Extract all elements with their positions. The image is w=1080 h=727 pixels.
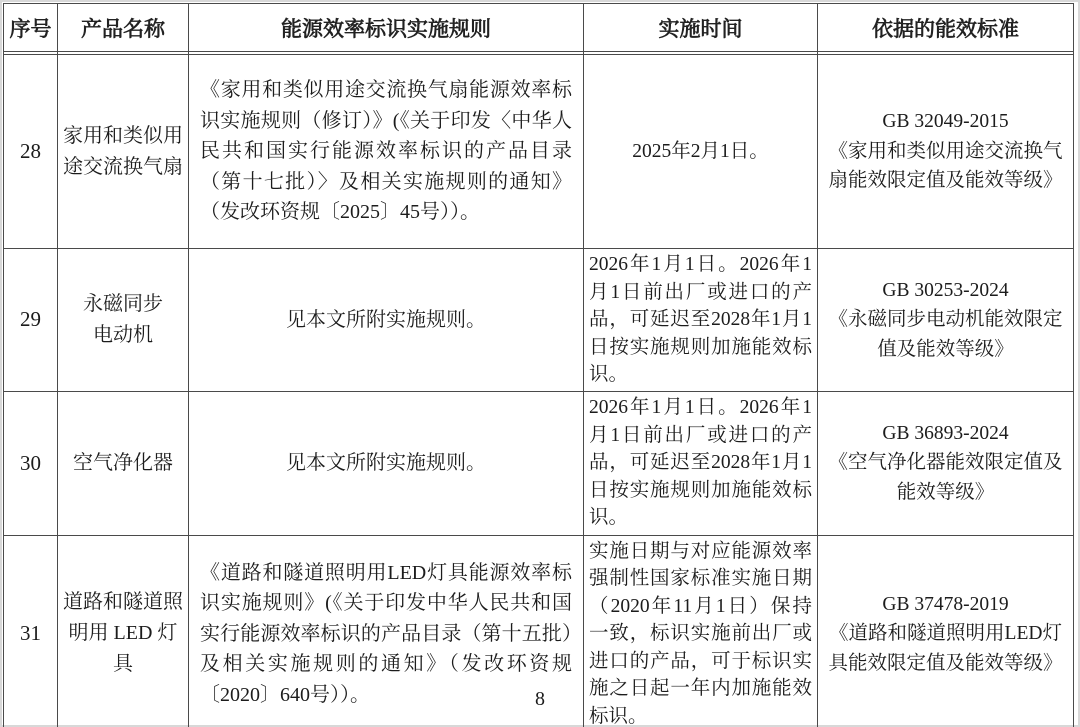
table-row: 28 家用和类似用 途交流换气扇 《家用和类似用途交流换气扇能源效率标识实施规则… [4, 55, 1074, 249]
cell-rule: 《家用和类似用途交流换气扇能源效率标识实施规则（修订）》(《关于印发〈中华人民共… [189, 55, 584, 249]
standard-code: GB 32049-2015 [824, 107, 1067, 137]
standard-name: 《家用和类似用途交流换气扇能效限定值及能效等级》 [824, 137, 1067, 196]
table-row: 29 永磁同步 电动机 见本文所附实施规则。 2026年1月1日。2026年1月… [4, 249, 1074, 392]
table-header-row: 序号 产品名称 能源效率标识实施规则 实施时间 依据的能效标准 [4, 4, 1074, 52]
energy-efficiency-table: 序号 产品名称 能源效率标识实施规则 实施时间 依据的能效标准 28 家用和类似… [3, 3, 1074, 727]
header-standard: 依据的能效标准 [818, 4, 1074, 52]
header-product: 产品名称 [58, 4, 189, 52]
standard-name: 《道路和隧道照明用LED灯具能效限定值及能效等级》 [824, 619, 1067, 678]
standard-name: 《空气净化器能效限定值及能效等级》 [824, 448, 1067, 507]
cell-standard: GB 32049-2015 《家用和类似用途交流换气扇能效限定值及能效等级》 [818, 55, 1074, 249]
cell-serial: 28 [4, 55, 58, 249]
cell-standard: GB 30253-2024 《永磁同步电动机能效限定值及能效等级》 [818, 249, 1074, 392]
header-time: 实施时间 [584, 4, 818, 52]
document-page: 序号 产品名称 能源效率标识实施规则 实施时间 依据的能效标准 28 家用和类似… [0, 0, 1080, 727]
cell-standard: GB 36893-2024 《空气净化器能效限定值及能效等级》 [818, 391, 1074, 535]
standard-code: GB 37478-2019 [824, 590, 1067, 620]
cell-product: 永磁同步 电动机 [58, 249, 189, 392]
header-rule: 能源效率标识实施规则 [189, 4, 584, 52]
standard-code: GB 36893-2024 [824, 419, 1067, 449]
standard-name: 《永磁同步电动机能效限定值及能效等级》 [824, 305, 1067, 364]
header-serial: 序号 [4, 4, 58, 52]
page-number: 8 [0, 688, 1080, 711]
cell-time: 2026年1月1日。2026年1月1日前出厂或进口的产品，可延迟至2028年1月… [584, 249, 818, 392]
cell-serial: 30 [4, 391, 58, 535]
table-row: 30 空气净化器 见本文所附实施规则。 2026年1月1日。2026年1月1日前… [4, 391, 1074, 535]
standard-code: GB 30253-2024 [824, 276, 1067, 306]
cell-rule: 见本文所附实施规则。 [189, 249, 584, 392]
cell-time: 2025年2月1日。 [584, 55, 818, 249]
cell-product: 家用和类似用 途交流换气扇 [58, 55, 189, 249]
cell-rule: 见本文所附实施规则。 [189, 391, 584, 535]
cell-serial: 29 [4, 249, 58, 392]
cell-time: 2026年1月1日。2026年1月1日前出厂或进口的产品，可延迟至2028年1月… [584, 391, 818, 535]
cell-product: 空气净化器 [58, 391, 189, 535]
